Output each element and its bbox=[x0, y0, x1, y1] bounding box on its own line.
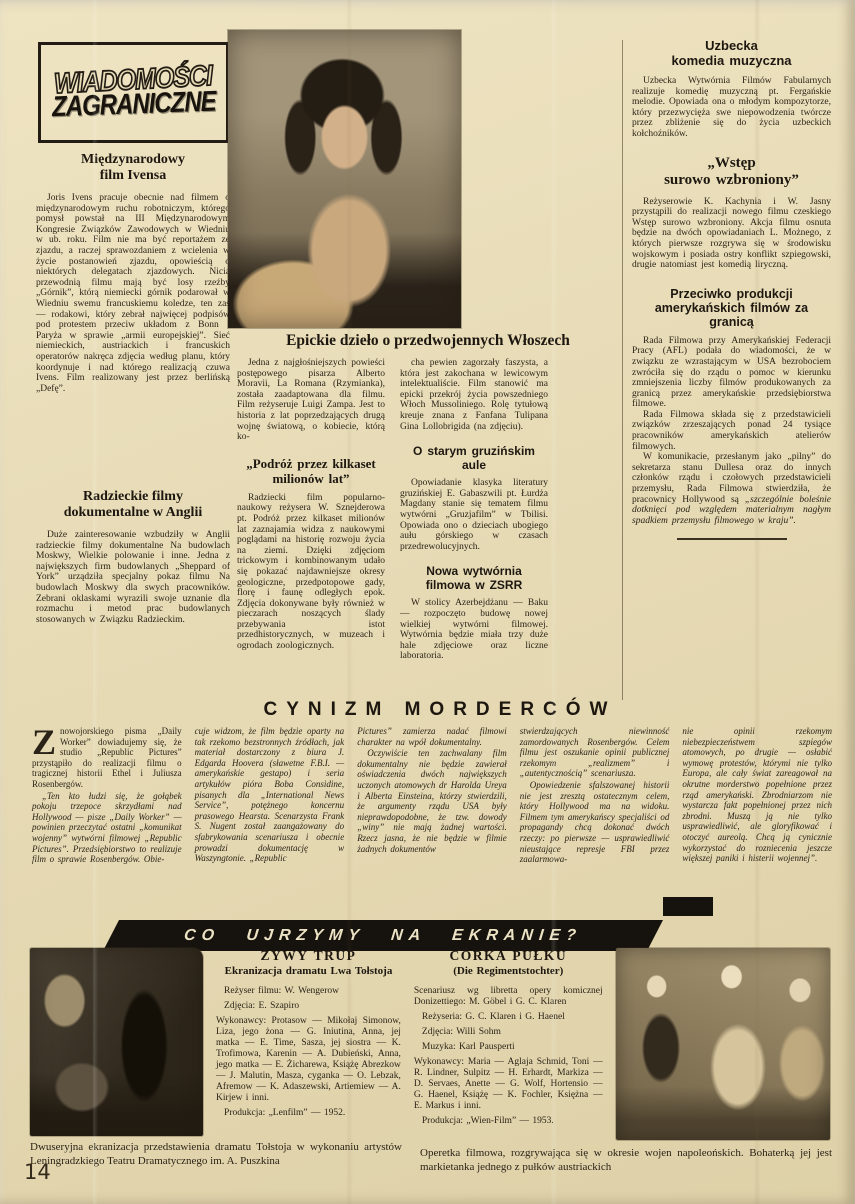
article-podroz-body: Radziecki film popularno-naukowy reżyser… bbox=[237, 493, 385, 652]
film-corka-pulku: CÓRKA PUŁKU (Die Regimentstochter) Scena… bbox=[414, 948, 603, 1140]
film-corka-cast: Wykonawcy: Maria — Aglaja Schmid, Toni —… bbox=[414, 1057, 603, 1112]
article-radzieckie: Radzieckie filmy dokumentalne w Anglii D… bbox=[36, 489, 230, 625]
article-podroz-title: „Podróż przez kilkaset milionów lat” bbox=[237, 456, 385, 486]
film-zywy-trup: ŻYWY TRUP Ekranizacja dramatu Lwa Tołsto… bbox=[216, 948, 401, 1140]
masthead-logo: WIADOMOŚCI ZAGRANICZNE bbox=[38, 42, 229, 143]
cynizm-col3-p1: Pictures” zamierza nadać filmowi charakt… bbox=[357, 726, 507, 747]
article-epickie-col2: cha pewien zagorzały faszysta, a która j… bbox=[400, 358, 548, 432]
cynizm-columns: Z nowojorskiego pisma „Daily Worker” dow… bbox=[32, 726, 832, 866]
film-corka-music: Muzyka: Karl Pausperti bbox=[414, 1042, 603, 1053]
cynizm-column-3: Pictures” zamierza nadać filmowi charakt… bbox=[357, 726, 507, 866]
photo-gina-lollobrigida-portrait bbox=[228, 30, 461, 328]
article-ivens: Międzynarodowy film Ivensa Joris Ivens p… bbox=[36, 152, 230, 394]
film-corka-note: Operetka filmowa, rozgrywająca się w okr… bbox=[420, 1147, 832, 1174]
article-wytwornia-title: Nowa wytwórnia filmowa w ZSRR bbox=[400, 565, 548, 592]
right-column: Uzbecka komedia muzyczna Uzbecka Wytwórn… bbox=[632, 38, 831, 540]
article-uzbecka-title: Uzbecka komedia muzyczna bbox=[632, 38, 831, 68]
article-przeciwko-p3: W komunikacie, przesłanym jako „pilny” d… bbox=[632, 452, 831, 526]
article-epickie-title: Epickie dzieło o przedwojennych Włoszech bbox=[237, 332, 619, 350]
article-gruzinski-title: O starym gruzińskim aule bbox=[400, 445, 548, 472]
film-corka-subtitle: (Die Regimentstochter) bbox=[414, 965, 603, 978]
cynizm-col5-p1: nie opinii rzekomym niebezpieczeństwem s… bbox=[682, 726, 832, 864]
banner-text: CO UJRZYMY NA EKRANIE? bbox=[183, 927, 583, 945]
film-corka-scenario: Scenariusz wg libretta opery komicznej D… bbox=[414, 986, 603, 1008]
cynizm-col4-p2: Opowiedzenie sfalszowanej historii nie j… bbox=[520, 780, 670, 865]
film-zywy-photography: Zdjęcia: E. Szapiro bbox=[216, 1001, 401, 1012]
column-divider bbox=[622, 40, 623, 700]
films-section: ŻYWY TRUP Ekranizacja dramatu Lwa Tołsto… bbox=[30, 948, 830, 1140]
cynizm-col1-p2: „Ten kto łudzi się, że gołąbek pokoju tr… bbox=[32, 791, 182, 865]
film-zywy-subtitle: Ekranizacja dramatu Lwa Tołstoja bbox=[216, 965, 401, 978]
article-radzieckie-body: Duże zainteresowanie wzbudziły w Anglii … bbox=[36, 530, 230, 625]
cynizm-column-2: cuje widzom, że film będzie oparty na ta… bbox=[195, 726, 345, 866]
film-corka-production: Produkcja: „Wien-Film” — 1953. bbox=[414, 1116, 603, 1127]
article-gruzinski-body: Opowiadanie klasyka literatury gruziński… bbox=[400, 478, 548, 552]
article-przeciwko-title: Przeciwko produkcji amerykańskich filmów… bbox=[632, 287, 831, 329]
article-przeciwko-p1: Rada Filmowa przy Amerykańskiej Federacj… bbox=[632, 336, 831, 410]
film-zywy-director: Reżyser filmu: W. Wengerow bbox=[216, 986, 401, 997]
section-end-marker bbox=[663, 897, 713, 916]
film-zywy-note: Dwuseryjna ekranizacja przedstawienia dr… bbox=[30, 1141, 402, 1168]
cynizm-column-4: stwierdzających niewinność zamordowanych… bbox=[520, 726, 670, 866]
masthead-line2: ZAGRANICZNE bbox=[51, 85, 216, 124]
magazine-page: WIADOMOŚCI ZAGRANICZNE Międzynarodowy fi… bbox=[0, 0, 855, 1204]
article-wstep-title: „Wstęp surowo wzbroniony” bbox=[632, 155, 831, 189]
article-wstep-body: Reżyserowie K. Kachynia i W. Jasny przys… bbox=[632, 197, 831, 271]
film-corka-direction: Reżyseria: G. C. Klaren i G. Haenel bbox=[414, 1012, 603, 1023]
film-corka-title: CÓRKA PUŁKU bbox=[414, 948, 603, 963]
cynizm-col2-p1: cuje widzom, że film będzie oparty na ta… bbox=[195, 726, 345, 864]
cynizm-title: CYNIZM MORDERCÓW bbox=[165, 699, 715, 721]
page-number: 14 bbox=[24, 1160, 51, 1184]
article-ivens-title: Międzynarodowy film Ivensa bbox=[36, 152, 230, 184]
cynizm-column-5: nie opinii rzekomym niebezpieczeństwem s… bbox=[682, 726, 832, 866]
center-column-1: Jedna z najgłośniejszych powieści postęp… bbox=[237, 358, 385, 662]
article-epickie-col1: Jedna z najgłośniejszych powieści postęp… bbox=[237, 358, 385, 443]
film-zywy-production: Produkcja: „Lenfilm” — 1952. bbox=[216, 1108, 401, 1119]
article-wytwornia-body: W stolicy Azerbejdżanu — Baku — rozpoczę… bbox=[400, 598, 548, 662]
article-ivens-body: Joris Ivens pracuje obecnie nad filmem o… bbox=[36, 193, 230, 394]
article-end-rule bbox=[677, 538, 787, 540]
cynizm-dropcap: Z bbox=[32, 726, 60, 757]
center-columns: Jedna z najgłośniejszych powieści postęp… bbox=[237, 358, 548, 662]
photo-zywy-trup-still bbox=[30, 948, 203, 1136]
photo-corka-pulku-still bbox=[616, 948, 830, 1140]
section-banner: CO UJRZYMY NA EKRANIE? bbox=[103, 920, 663, 951]
film-zywy-title: ŻYWY TRUP bbox=[216, 948, 401, 963]
film-zywy-cast: Wykonawcy: Protasow — Mikołaj Simonow, L… bbox=[216, 1016, 401, 1104]
center-column-2: cha pewien zagorzały faszysta, a która j… bbox=[400, 358, 548, 662]
article-uzbecka-body: Uzbecka Wytwórnia Filmów Fabularnych rea… bbox=[632, 76, 831, 140]
cynizm-col3-p2: Oczywiście ten zachwalany film dokumenta… bbox=[357, 748, 507, 854]
film-corka-photography: Zdjęcia: Willi Sohm bbox=[414, 1027, 603, 1038]
cynizm-column-1: Z nowojorskiego pisma „Daily Worker” dow… bbox=[32, 726, 182, 866]
article-przeciwko-p2: Rada Filmowa składa się z przedstawiciel… bbox=[632, 410, 831, 452]
article-radzieckie-title: Radzieckie filmy dokumentalne w Anglii bbox=[36, 489, 230, 521]
cynizm-col4-p1: stwierdzających niewinność zamordowanych… bbox=[520, 726, 670, 779]
